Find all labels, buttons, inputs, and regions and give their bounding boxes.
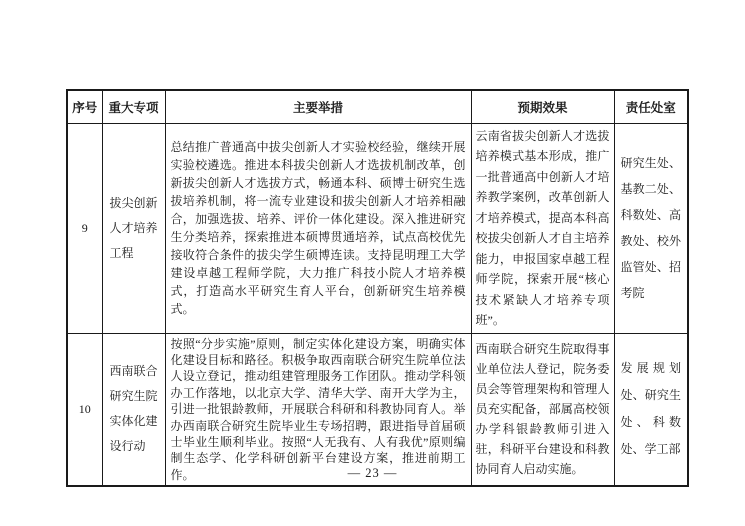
major-projects-table: 序号 重大专项 主要举措 预期效果 责任处室 9 拔尖创新人才培养工程 总结推广…: [66, 89, 689, 487]
col-header-major-project: 重大专项: [102, 90, 165, 123]
cell-main-measures: 总结推广普通高中拔尖创新人才实验校经验，继续开展实验校遴选。推进本科拔尖创新人才…: [165, 123, 471, 333]
table-header-row: 序号 重大专项 主要举措 预期效果 责任处室: [67, 90, 688, 123]
cell-serial-no: 9: [67, 123, 102, 333]
col-header-serial-no: 序号: [67, 90, 102, 123]
cell-responsible-office: 发展规划处、研究生处、科数处、学工部: [614, 333, 688, 486]
cell-expected-results: 云南省拔尖创新人才选拔培养模式基本形成，推广一批普通高中创新人才培养教学案例，改…: [471, 123, 614, 333]
col-header-responsible-office: 责任处室: [614, 90, 688, 123]
table-row: 10 西南联合研究生院实体化建设行动 按照“分步实施”原则，制定实体化建设方案，…: [67, 333, 688, 486]
cell-expected-results: 西南联合研究生院取得事业单位法人登记，院务委员会等管理架构和管理人员充实配备，部…: [471, 333, 614, 486]
cell-main-measures: 按照“分步实施”原则，制定实体化建设方案，明确实体化建设目标和路径。积极争取西南…: [165, 333, 471, 486]
document-page: 序号 重大专项 主要举措 预期效果 责任处室 9 拔尖创新人才培养工程 总结推广…: [0, 0, 745, 526]
cell-serial-no: 10: [67, 333, 102, 486]
cell-major-project: 西南联合研究生院实体化建设行动: [102, 333, 165, 486]
table-row: 9 拔尖创新人才培养工程 总结推广普通高中拔尖创新人才实验校经验，继续开展实验校…: [67, 123, 688, 333]
col-header-main-measures: 主要举措: [165, 90, 471, 123]
col-header-expected-results: 预期效果: [471, 90, 614, 123]
page-number: — 23 —: [0, 466, 745, 481]
cell-responsible-office: 研究生处、基教二处、科数处、高教处、校外监管处、招考院: [614, 123, 688, 333]
cell-major-project: 拔尖创新人才培养工程: [102, 123, 165, 333]
